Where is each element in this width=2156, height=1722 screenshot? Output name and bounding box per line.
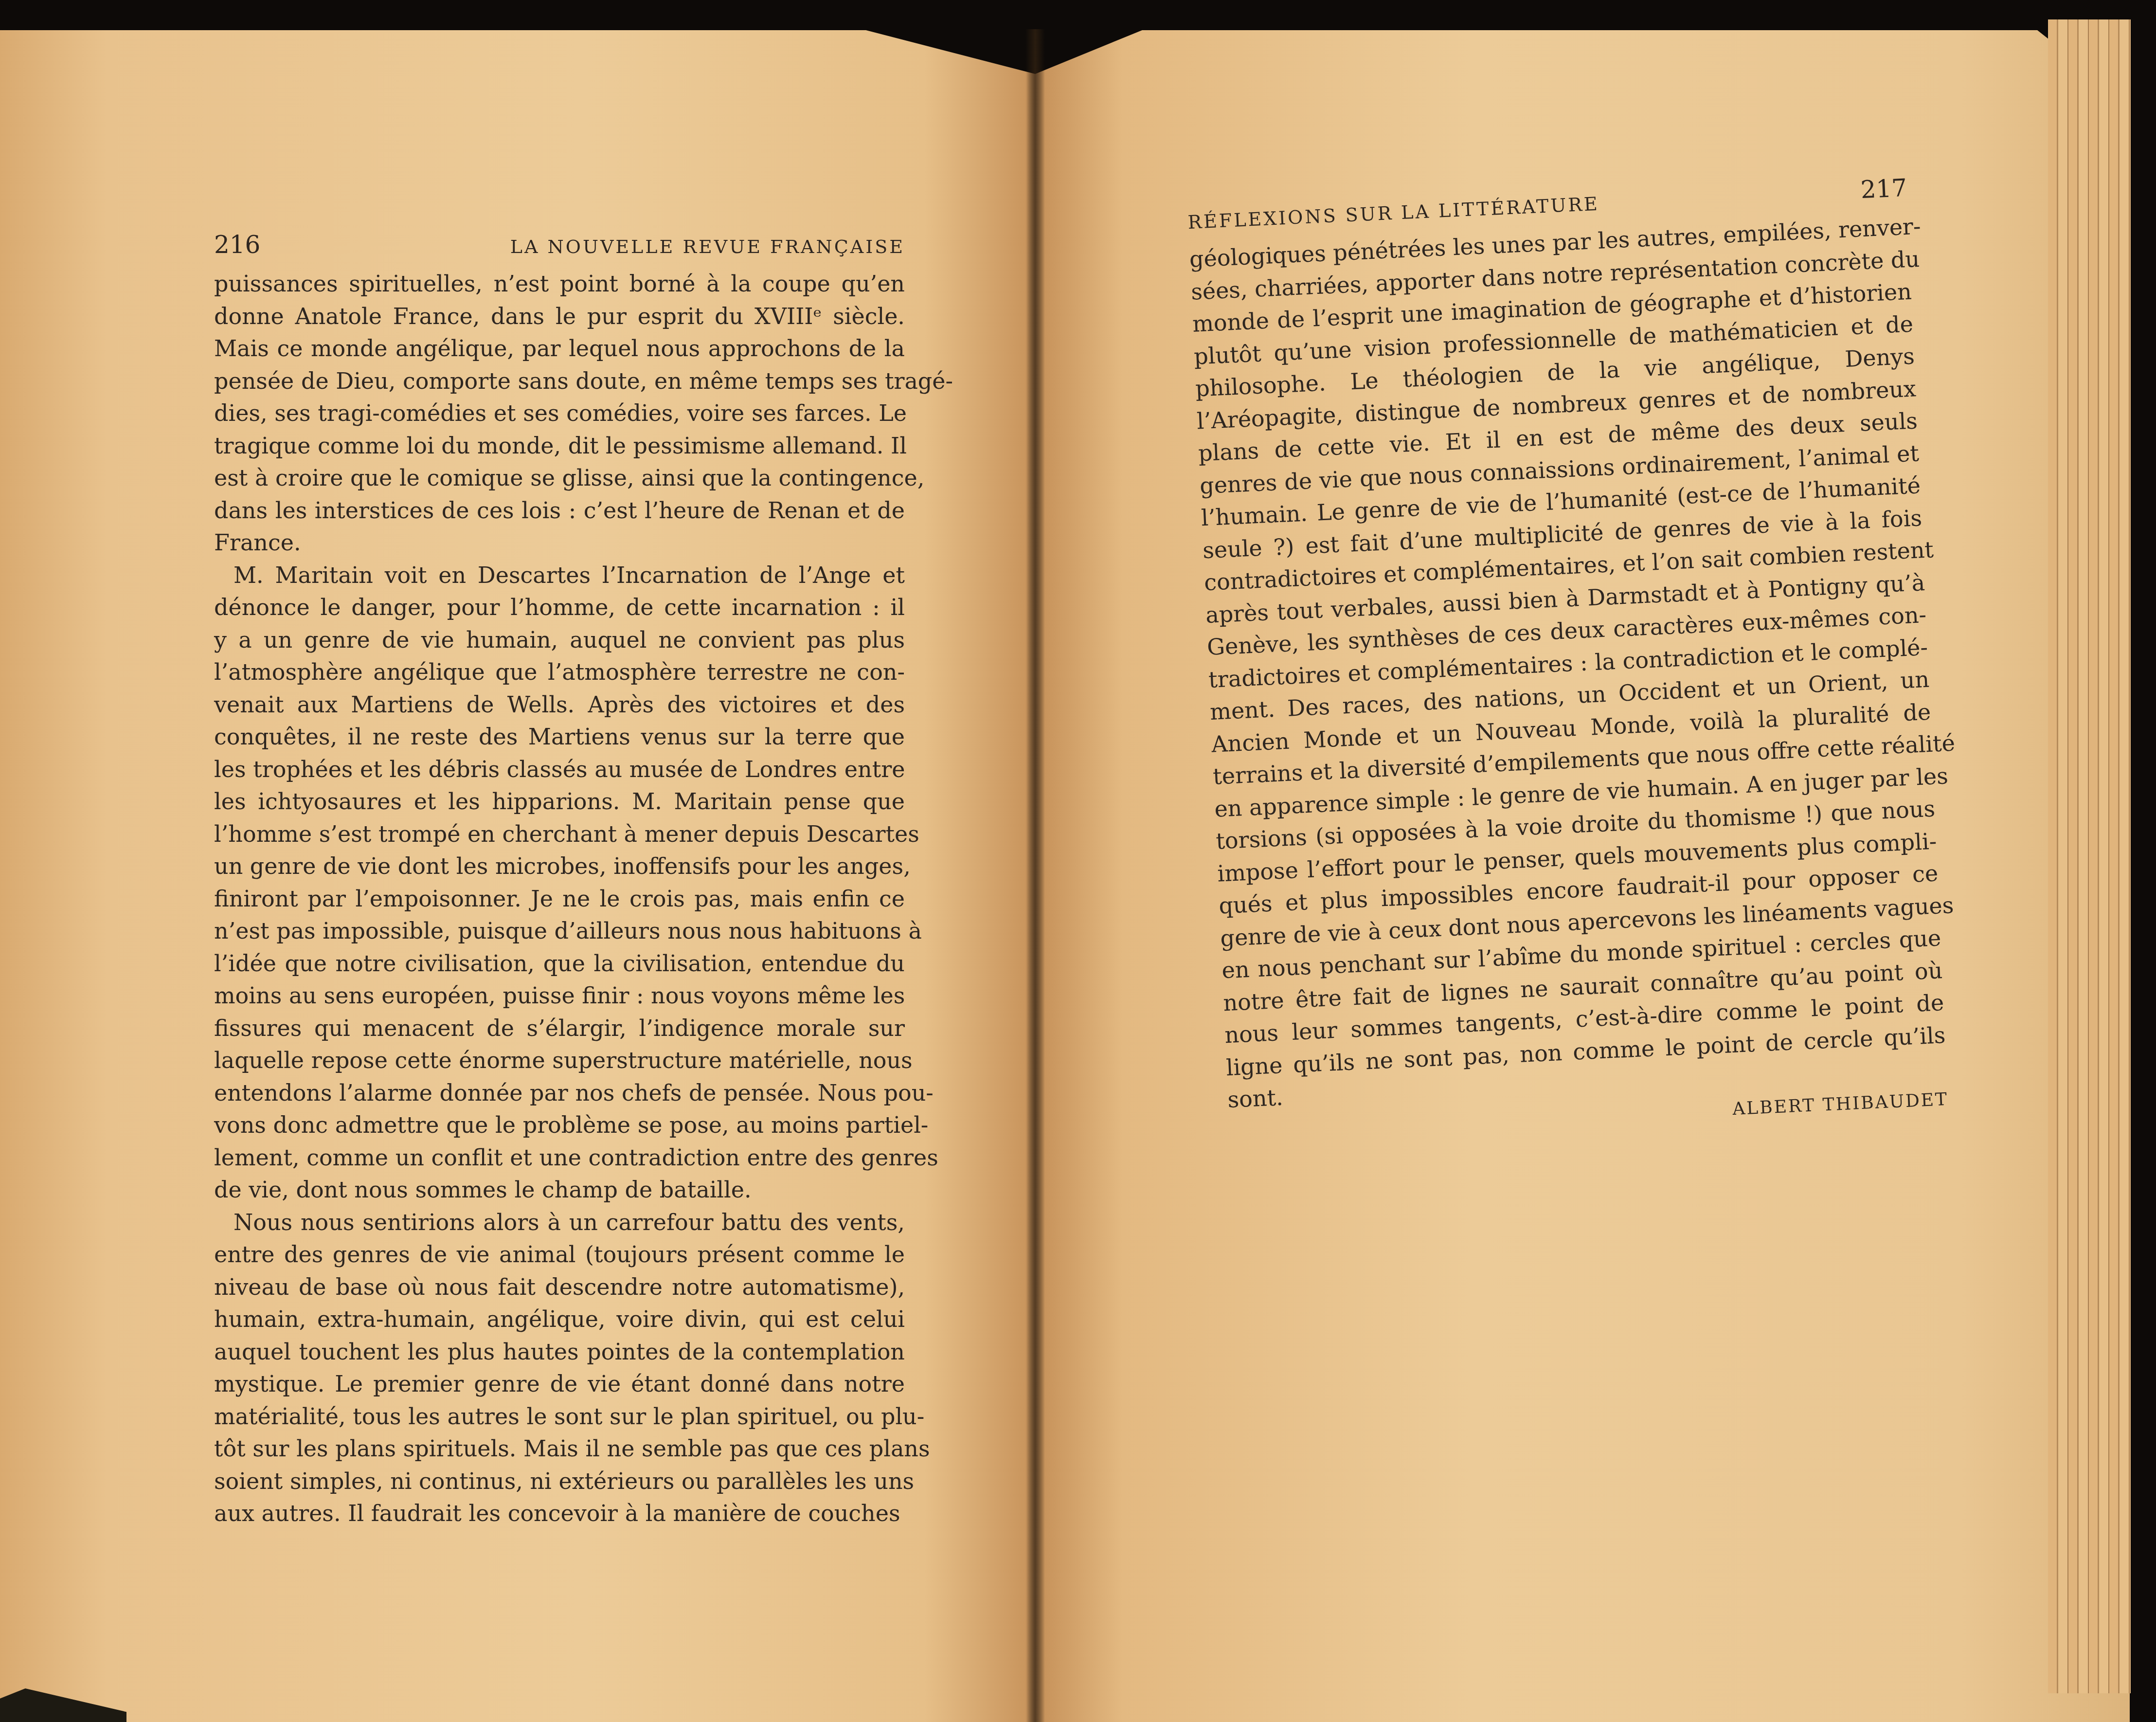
text-line: les ichtyosaures et les hipparions. M. M… <box>214 785 905 818</box>
text-line: Nous nous sentirions alors à un carrefou… <box>214 1206 905 1239</box>
text-line: conquêtes, il ne reste des Martiens venu… <box>214 721 905 753</box>
text-line: n’est pas impossible, puisque d’ailleurs… <box>214 915 905 947</box>
text-line: de vie, dont nous sommes le champ de bat… <box>214 1174 905 1206</box>
text-line: venait aux Martiens de Wells. Après des … <box>214 689 905 721</box>
text-line: mystique. Le premier genre de vie étant … <box>214 1368 905 1400</box>
paragraph: puissances spirituelles, n’est point bor… <box>214 268 905 559</box>
text-line: tragique comme loi du monde, dit le pess… <box>214 430 905 462</box>
text-line: un genre de vie dont les microbes, inoff… <box>214 850 905 883</box>
paragraph: Nous nous sentirions alors à un carrefou… <box>214 1206 905 1530</box>
text-line: donne Anatole France, dans le pur esprit… <box>214 300 905 333</box>
text-line: pensée de Dieu, comporte sans doute, en … <box>214 365 905 398</box>
left-running-head: 216 LA NOUVELLE REVUE FRANÇAISE <box>214 229 905 263</box>
text-line: France. <box>214 526 905 559</box>
text-line: vons donc admettre que le problème se po… <box>214 1109 905 1142</box>
text-line: entendons l’alarme donnée par nos chefs … <box>214 1077 905 1109</box>
right-page-text: RÉFLEXIONS SUR LA LITTÉRATURE 217 géolog… <box>1187 172 1949 1148</box>
left-page-body: puissances spirituelles, n’est point bor… <box>214 268 905 1530</box>
text-line: Mais ce monde angélique, par lequel nous… <box>214 332 905 365</box>
text-line: auquel touchent les plus hautes pointes … <box>214 1336 905 1368</box>
text-line: finiront par l’empoisonner. Je ne le cro… <box>214 883 905 915</box>
page-number-right: 217 <box>1860 172 1907 206</box>
text-line: M. Maritain voit en Descartes l’Incarnat… <box>214 559 905 592</box>
paragraph: M. Maritain voit en Descartes l’Incarnat… <box>214 559 905 1206</box>
left-page-text: 216 LA NOUVELLE REVUE FRANÇAISE puissanc… <box>214 229 905 1530</box>
right-page-body: géologiques pénétrées les unes par les a… <box>1189 211 1948 1116</box>
journal-title-header: LA NOUVELLE REVUE FRANÇAISE <box>510 231 905 263</box>
text-line: l’idée que notre civilisation, que la ci… <box>214 947 905 980</box>
open-book-spread: 216 LA NOUVELLE REVUE FRANÇAISE puissanc… <box>0 0 2156 1722</box>
book-spine-gutter <box>1025 29 1045 1722</box>
text-line: l’atmosphère angélique que l’atmosphère … <box>214 656 905 689</box>
page-number-left: 216 <box>214 229 260 261</box>
text-line: laquelle repose cette énorme superstruct… <box>214 1044 905 1077</box>
text-line: matérialité, tous les autres le sont sur… <box>214 1400 905 1433</box>
paragraph: géologiques pénétrées les unes par les a… <box>1189 211 1948 1116</box>
text-line: les trophées et les débris classés au mu… <box>214 753 905 786</box>
text-line: niveau de base où nous fait descendre no… <box>214 1271 905 1304</box>
text-line: lement, comme un conflit et une contradi… <box>214 1142 905 1174</box>
text-line: l’homme s’est trompé en cherchant à mene… <box>214 818 905 851</box>
text-line: aux autres. Il faudrait les concevoir à … <box>214 1497 905 1530</box>
text-line: humain, extra-humain, angélique, voire d… <box>214 1303 905 1336</box>
text-line: entre des genres de vie animal (toujours… <box>214 1238 905 1271</box>
text-line: fissures qui menacent de s’élargir, l’in… <box>214 1012 905 1045</box>
text-line: puissances spirituelles, n’est point bor… <box>214 268 905 300</box>
text-line: dans les interstices de ces lois : c’est… <box>214 494 905 527</box>
text-line: tôt sur les plans spirituels. Mais il ne… <box>214 1432 905 1465</box>
text-line: y a un genre de vie humain, auquel ne co… <box>214 624 905 656</box>
text-line: dies, ses tragi-comédies et ses comédies… <box>214 397 905 430</box>
text-line: dénonce le danger, pour l’homme, de cett… <box>214 591 905 624</box>
text-line: soient simples, ni continus, ni extérieu… <box>214 1465 905 1498</box>
text-line: est à croire que le comique se glisse, a… <box>214 462 905 494</box>
text-line: moins au sens européen, puisse finir : n… <box>214 979 905 1012</box>
page-stack-edge <box>2048 19 2131 1693</box>
